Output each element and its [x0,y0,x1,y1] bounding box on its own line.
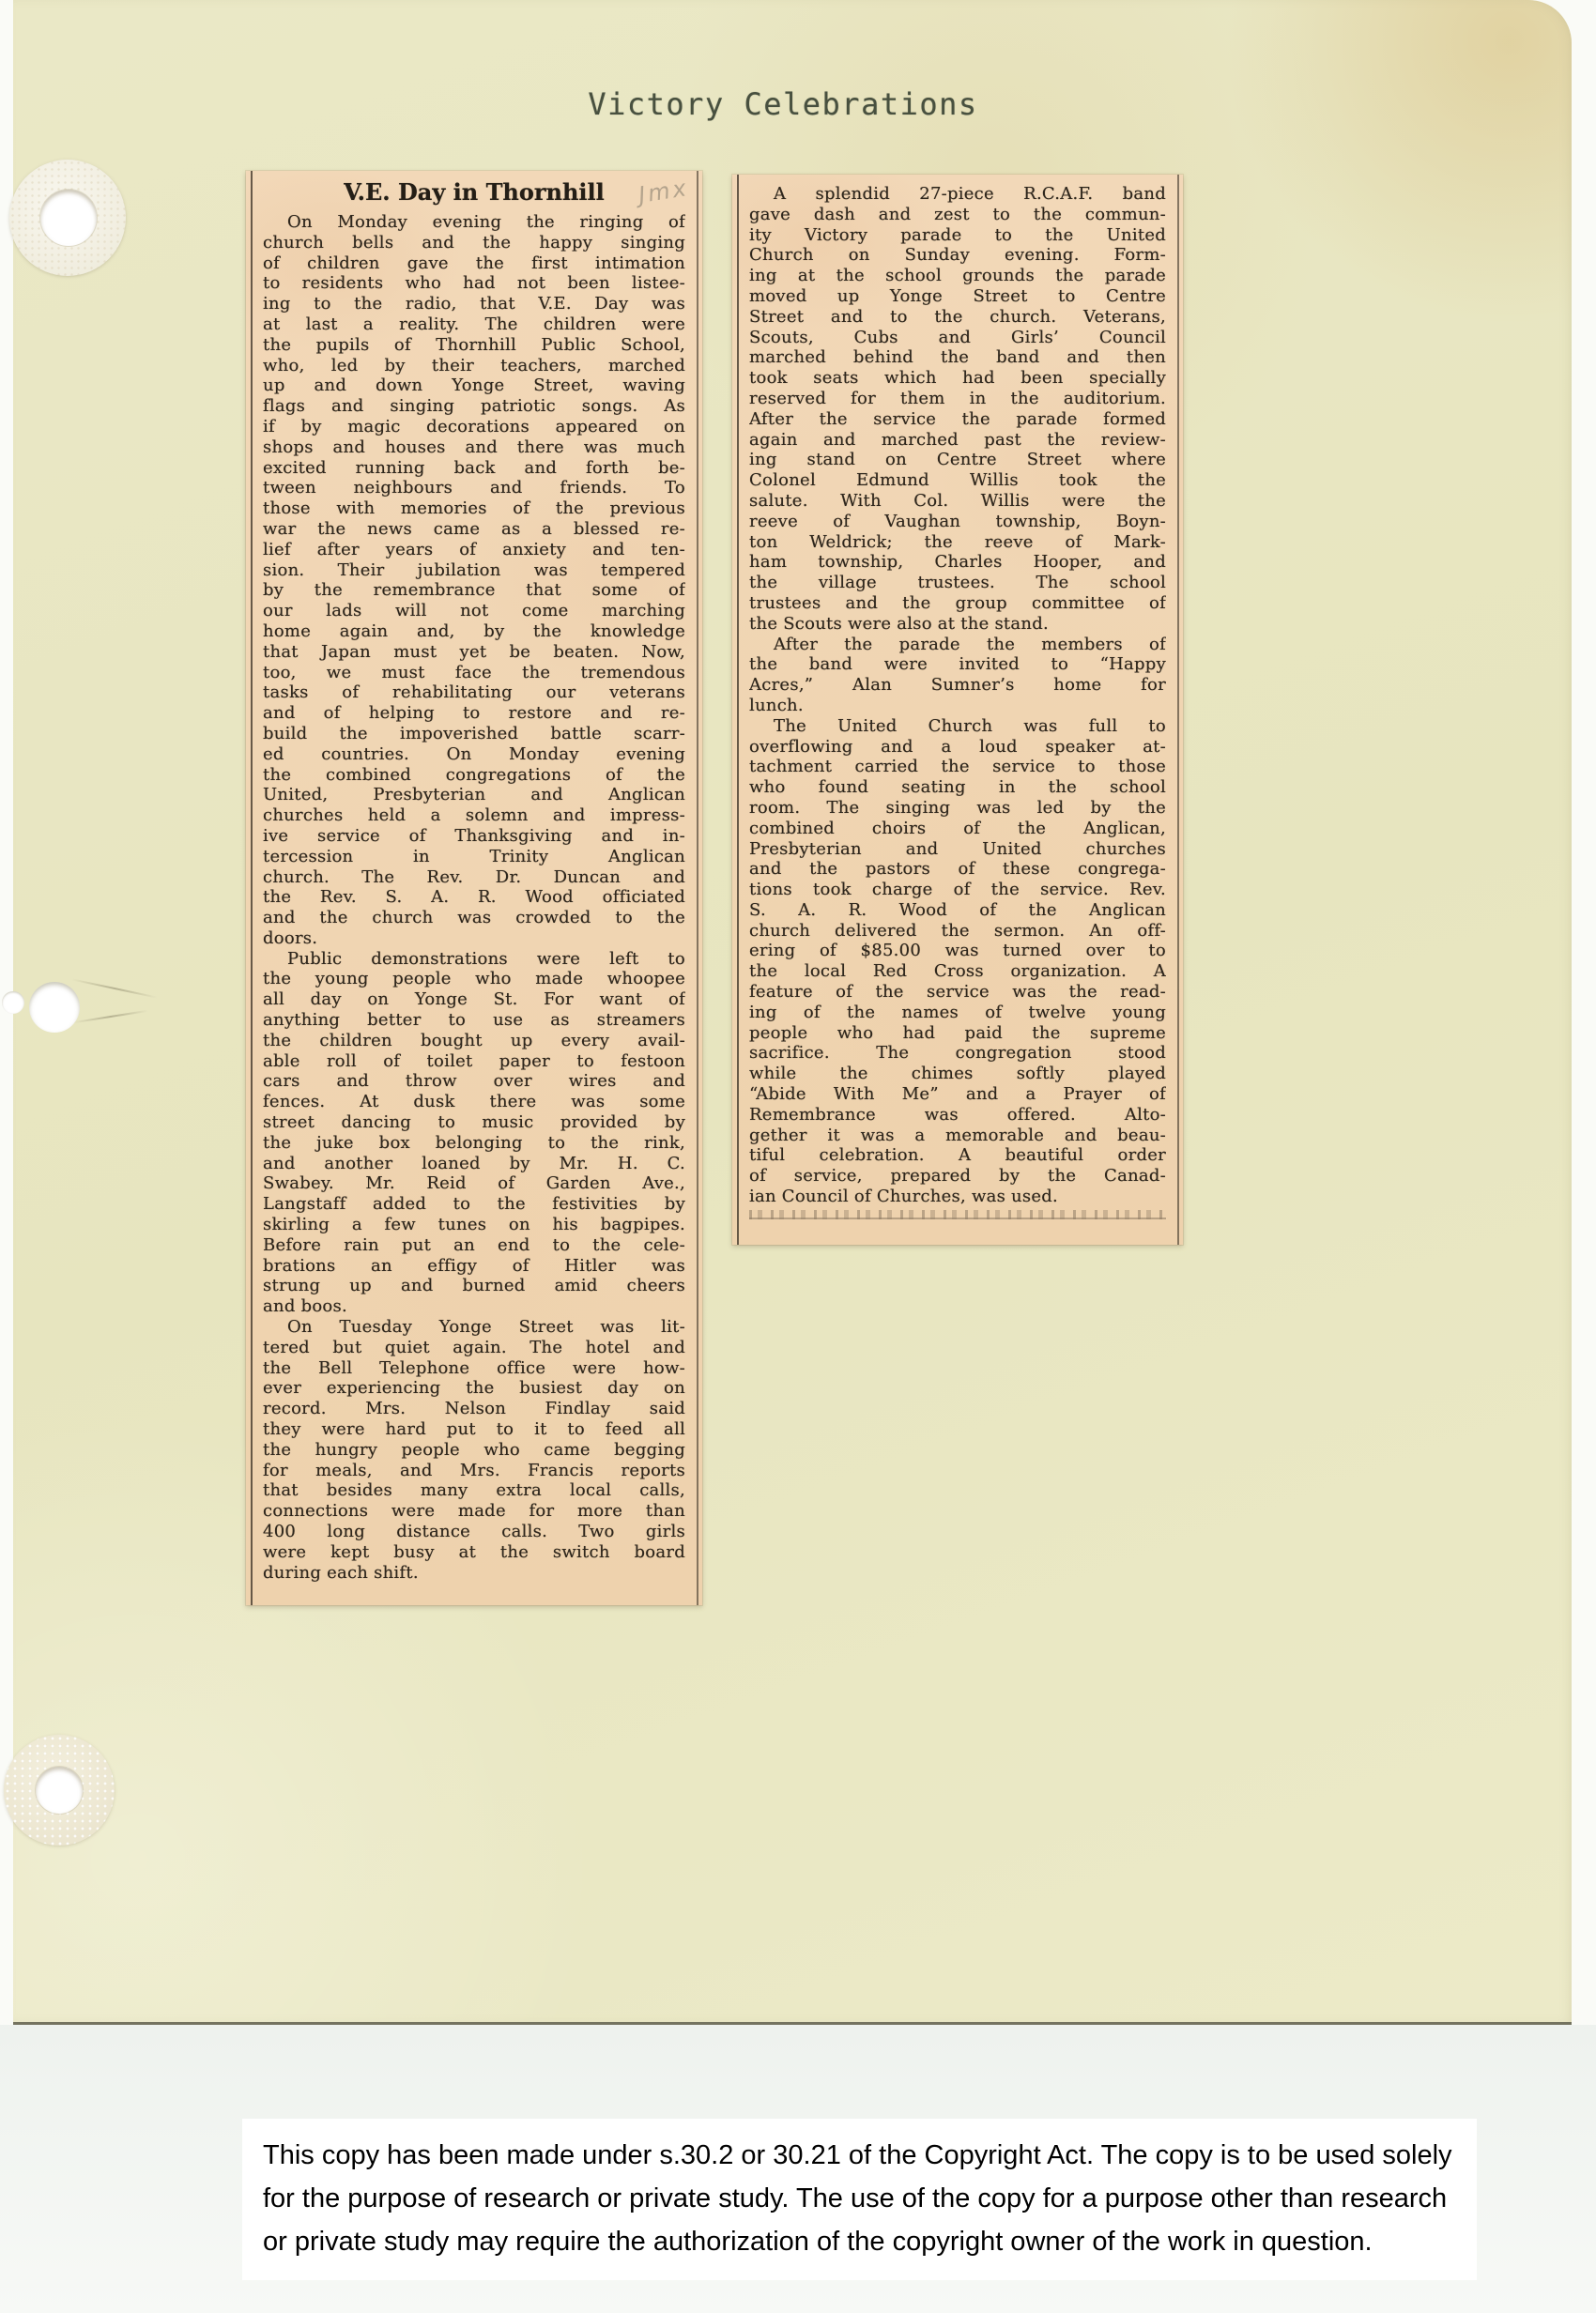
text-line: by the remembrance that some of [263,580,685,601]
text-line: Remembrance was offered. Alto- [749,1105,1166,1126]
text-line: Scouts, Cubs and Girls’ Council [749,328,1166,348]
text-line: tween neighbours and friends. To [263,478,685,498]
text-line: 400 long distance calls. Two girls [263,1522,685,1542]
text-line: ering of $85.00 was turned over to [749,941,1166,961]
text-line: “Abide With Me” and a Prayer of [749,1084,1166,1105]
text-line: overflowing and a loud speaker at- [749,737,1166,758]
text-line: Public demonstrations were left to [263,949,685,970]
punch-hole-top [40,190,97,246]
clipping-text-column: On Monday evening the ringing ofchurch b… [263,212,685,1583]
text-line: and another loaned by Mr. H. C. [263,1154,685,1174]
clipping-ve-day-in-thornhill: V.E. Day in Thornhill Jmx On Monday even… [246,171,702,1605]
text-line: took seats which had been specially [749,368,1166,389]
text-line: cars and throw over wires and [263,1071,685,1092]
copyright-line: This copy has been made under s.30.2 or … [263,2134,1452,2177]
text-line: sacrifice. The congregation stood [749,1043,1166,1064]
text-line: tachment carried the service to those [749,757,1166,777]
text-line: record. Mrs. Nelson Findlay said [263,1399,685,1419]
copyright-line: or private study may require the authori… [263,2220,1452,2263]
scan-footer-strip: This copy has been made under s.30.2 or … [0,2025,1596,2313]
text-line: build the impoverished battle scarr- [263,724,685,744]
scanned-document: Victory Celebrations V.E. Day in Thornhi… [0,0,1596,2313]
text-line: that Japan must yet be beaten. Now, [263,642,685,663]
text-line: the pupils of Thornhill Public School, [263,335,685,356]
text-line: and the church was crowded to the [263,908,685,928]
text-line: the children bought up every avail- [263,1031,685,1051]
text-line: home again and, by the knowledge [263,621,685,642]
text-line: Church on Sunday evening. Form- [749,245,1166,266]
text-line: tions took charge of the service. Rev. [749,880,1166,900]
text-line: On Tuesday Yonge Street was lit- [263,1317,685,1338]
text-line: the Bell Telephone office were how- [263,1358,685,1379]
text-line: Before rain put an end to the cele- [263,1235,685,1256]
text-line: brations an effigy of Hitler was [263,1256,685,1277]
copyright-notice: This copy has been made under s.30.2 or … [242,2119,1477,2280]
text-line: the Rev. S. A. R. Wood officiated [263,887,685,908]
text-line: people who had paid the supreme [749,1023,1166,1044]
text-line: ing of the names of twelve young [749,1003,1166,1023]
text-line: if by magic decorations appeared on [263,417,685,437]
paragraph: After the parade the members ofthe band … [749,635,1166,716]
text-line: gether it was a memorable and beau- [749,1126,1166,1146]
text-line: Acres,” Alan Sumner’s home for [749,675,1166,696]
punch-hole-bottom [36,1767,83,1814]
text-line: ever experiencing the busiest day on [263,1378,685,1399]
text-line: Swabey. Mr. Reid of Garden Ave., [263,1173,685,1194]
text-line: room. The singing was led by the [749,798,1166,819]
cut-off-text-line [749,1210,1166,1219]
text-line: of children gave the first intimation [263,253,685,274]
text-line: ian Council of Churches, was used. [749,1187,1166,1207]
text-line: ed countries. On Monday evening [263,744,685,765]
text-line: during each shift. [263,1563,685,1584]
text-line: all day on Yonge St. For want of [263,989,685,1010]
text-line: church. The Rev. Dr. Duncan and [263,867,685,888]
text-line: and the pastors of these congrega- [749,859,1166,880]
text-line: for meals, and Mrs. Francis reports [263,1461,685,1481]
text-line: they were hard put to it to feed all [263,1419,685,1440]
copyright-line: for the purpose of research or private s… [263,2177,1452,2220]
text-line: who, led by their teachers, marched [263,356,685,376]
text-line: trustees and the group committee of [749,593,1166,614]
text-line: churches held a solemn and impress- [263,805,685,826]
clipping-rcaf-band-parade: A splendid 27-piece R.C.A.F. bandgave da… [732,175,1183,1245]
text-line: fences. At dusk there was some [263,1092,685,1112]
text-line: lunch. [749,696,1166,716]
text-line: shops and houses and there was much [263,437,685,458]
paragraph: On Monday evening the ringing ofchurch b… [263,212,685,949]
text-line: street dancing to music provided by [263,1112,685,1133]
text-line: again and marched past the review- [749,430,1166,451]
text-line: sion. Their jubilation was tempered [263,560,685,581]
text-line: church delivered the sermon. An off- [749,921,1166,942]
page-title: Victory Celebrations [539,86,1027,122]
text-line: tasks of rehabilitating our veterans [263,682,685,703]
text-line: that besides many extra local calls, [263,1480,685,1501]
text-line: doors. [263,928,685,949]
text-line: the band were invited to “Happy [749,654,1166,675]
text-line: ton Weldrick; the reeve of Mark- [749,532,1166,553]
text-line: skirling a few tunes on his bagpipes. [263,1215,685,1235]
text-line: Colonel Edmund Willis took the [749,470,1166,491]
text-line: at last a reality. The children were [263,314,685,335]
text-line: flags and singing patriotic songs. As [263,396,685,417]
text-line: lief after years of anxiety and ten- [263,540,685,560]
text-line: our lads will not come marching [263,601,685,621]
text-line: ing stand on Centre Street where [749,450,1166,470]
text-line: the village trustees. The school [749,573,1166,593]
punch-hole-edge-fragment [2,991,24,1014]
text-line: marched behind the band and then [749,347,1166,368]
text-line: tercession in Trinity Anglican [263,847,685,867]
text-line: the combined congregations of the [263,765,685,786]
text-line: tiful celebration. A beautiful order [749,1145,1166,1166]
text-line: Langstaff added to the festivities by [263,1194,685,1215]
text-line: gave dash and zest to the commun- [749,205,1166,225]
text-line: reserved for them in the auditorium. [749,389,1166,409]
text-line: ing to the radio, that V.E. Day was [263,294,685,314]
text-line: combined choirs of the Anglican, [749,819,1166,839]
clipping-text-column: A splendid 27-piece R.C.A.F. bandgave da… [749,184,1166,1207]
text-line: On Monday evening the ringing of [263,212,685,233]
text-line: A splendid 27-piece R.C.A.F. band [749,184,1166,205]
text-line: After the parade the members of [749,635,1166,655]
text-line: and boos. [263,1296,685,1317]
text-line: to residents who had not been listee- [263,273,685,294]
text-line: strung up and burned amid cheers [263,1276,685,1296]
text-line: salute. With Col. Willis were the [749,491,1166,512]
scrapbook-page: Victory Celebrations V.E. Day in Thornhi… [13,0,1572,2025]
text-line: moved up Yonge Street to Centre [749,286,1166,307]
paper-crease [73,1010,147,1023]
text-line: The United Church was full to [749,716,1166,737]
text-line: and of helping to restore and re- [263,703,685,724]
text-line: able roll of toilet paper to festoon [263,1051,685,1072]
paper-crease [72,978,157,998]
text-line: up and down Yonge Street, waving [263,375,685,396]
text-line: United, Presbyterian and Anglican [263,785,685,805]
text-line: the juke box belonging to the rink, [263,1133,685,1154]
text-line: of service, prepared by the Canad- [749,1166,1166,1187]
clipping-headline: V.E. Day in Thornhill [265,178,683,207]
text-line: the local Red Cross organization. A [749,961,1166,982]
paragraph: Public demonstrations were left tothe yo… [263,949,685,1317]
text-line: ive service of Thanksgiving and in- [263,826,685,847]
text-line: too, we must face the tremendous [263,663,685,683]
text-line: feature of the service was the read- [749,982,1166,1003]
paragraph: A splendid 27-piece R.C.A.F. bandgave da… [749,184,1166,635]
text-line: ity Victory parade to the United [749,225,1166,246]
text-line: the young people who made whoopee [263,969,685,989]
text-line: church bells and the happy singing [263,233,685,253]
text-line: After the service the parade formed [749,409,1166,430]
paragraph: On Tuesday Yonge Street was lit-tered bu… [263,1317,685,1583]
punch-hole-middle [29,982,80,1033]
text-line: connections were made for more than [263,1501,685,1522]
text-line: while the chimes softly played [749,1064,1166,1084]
text-line: the hungry people who came begging [263,1440,685,1461]
text-line: ham township, Charles Hooper, and [749,552,1166,573]
text-line: ing at the school grounds the parade [749,266,1166,286]
text-line: S. A. R. Wood of the Anglican [749,900,1166,921]
text-line: excited running back and forth be- [263,458,685,479]
text-line: anything better to use as streamers [263,1010,685,1031]
text-line: those with memories of the previous [263,498,685,519]
text-line: war the news came as a blessed re- [263,519,685,540]
text-line: were kept busy at the switch board [263,1542,685,1563]
text-line: Presbyterian and United churches [749,839,1166,860]
text-line: Street and to the church. Veterans, [749,307,1166,328]
text-line: the Scouts were also at the stand. [749,614,1166,635]
text-line: tered but quiet again. The hotel and [263,1338,685,1358]
paragraph: The United Church was full tooverflowing… [749,716,1166,1207]
text-line: reeve of Vaughan township, Boyn- [749,512,1166,532]
text-line: who found seating in the school [749,777,1166,798]
